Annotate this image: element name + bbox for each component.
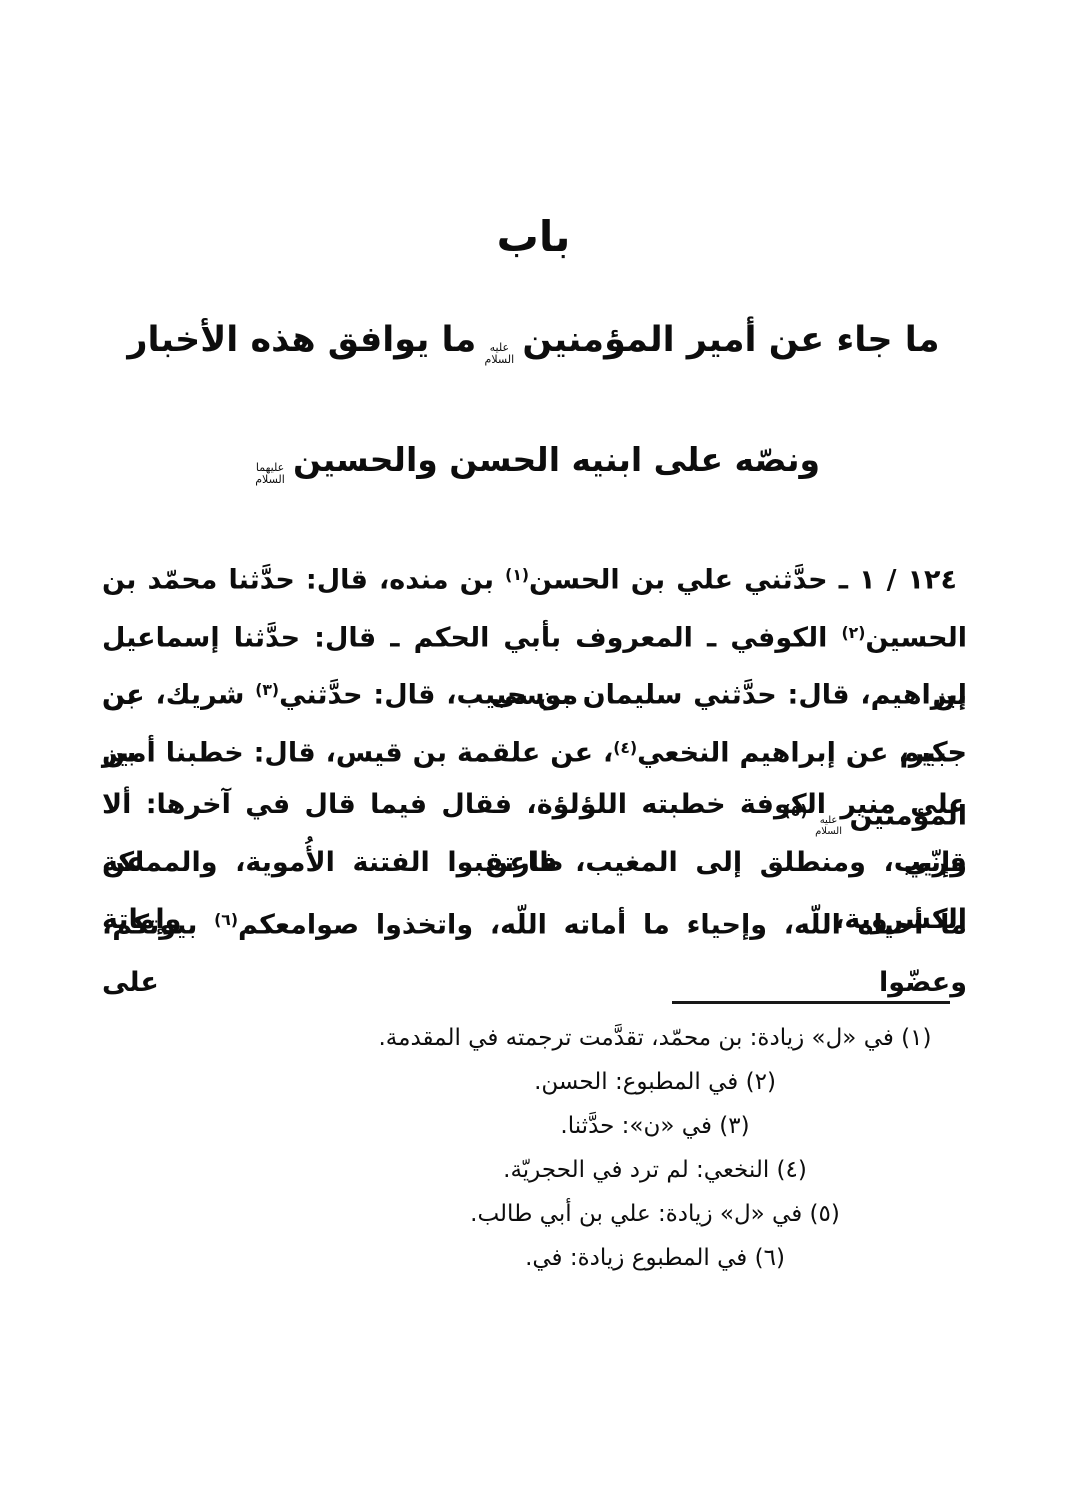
footnote-separator (672, 1001, 950, 1004)
chapter-heading: باب (0, 212, 1067, 261)
footnote-marker: (٣) (255, 680, 279, 699)
chapter-title-text-pre: ما جاء عن أمير المؤمنين (522, 320, 939, 360)
footnote-marker: (٤) (613, 738, 637, 757)
body-line: إبراهيم، قال: حدَّثني سليمان بن حبيب، قا… (102, 661, 967, 719)
body-text-segment: جبير، عن إبراهيم النخعي (637, 737, 967, 768)
chapter-title-text-post: ما يوافق هذه الأخبار (127, 320, 476, 360)
honorific-alayhis-salam-icon: عليه السلام (479, 342, 519, 366)
footnote-item: (٣) في «ن»: حدَّثنا. (355, 1104, 955, 1148)
footnote-item: (٦) في المطبوع زيادة: في. (355, 1236, 955, 1280)
body-line: جبير، عن إبراهيم النخعي(٤)، عن علقمة بن … (102, 719, 967, 777)
body-text-segment: الحسين (865, 622, 967, 653)
body-text: ١٢٤ / ١ ـ حدَّثني علي بن الحسن(١) بن مند… (102, 546, 967, 949)
body-line: قريب، ومنطلق إلى المغيب، فارتقبوا الفتنة… (102, 834, 967, 892)
body-line: ما أحياه اللّه، وإحياء ما أماته اللّه، و… (102, 891, 967, 949)
footnote-marker: (٦) (214, 910, 238, 929)
footnote-marker: (٢) (841, 623, 865, 642)
chapter-subtitle: ونصّه على ابنيه الحسن والحسينعليهما السل… (0, 440, 1067, 486)
chapter-title: ما جاء عن أمير المؤمنينعليه السلامما يوا… (0, 320, 1067, 366)
body-text-segment: ما أحياه اللّه، وإحياء ما أماته اللّه، و… (238, 910, 967, 941)
footnote-item: (٢) في المطبوع: الحسن. (355, 1060, 955, 1104)
footnote-marker: (١) (505, 565, 529, 584)
book-page: باب ما جاء عن أمير المؤمنينعليه السلامما… (0, 0, 1067, 1496)
honorific-alayhima-salam-icon: عليهما السلام (250, 462, 290, 486)
body-line: ١٢٤ / ١ ـ حدَّثني علي بن الحسن(١) بن مند… (102, 546, 967, 604)
chapter-subtitle-text: ونصّه على ابنيه الحسن والحسين (293, 440, 820, 479)
body-text-segment: بن منده، قال: حدَّثنا محمّد بن (102, 565, 505, 596)
footnote-item: (١) في «ل» زيادة: بن محمّد، تقدَّمت ترجم… (355, 1016, 955, 1060)
footnotes-list: (١) في «ل» زيادة: بن محمّد، تقدَّمت ترجم… (355, 1016, 955, 1280)
footnote-item: (٥) في «ل» زيادة: علي بن أبي طالب. (355, 1192, 955, 1236)
footnote-item: (٤) النخعي: لم ترد في الحجريّة. (355, 1148, 955, 1192)
body-line: الحسين(٢) الكوفي ـ المعروف بأبي الحكم ـ … (102, 604, 967, 662)
body-text-segment: ١٢٤ / ١ ـ حدَّثني علي بن الحسن (529, 565, 957, 596)
body-text-segment: إبراهيم، قال: حدَّثني سليمان بن حبيب، قا… (279, 680, 967, 711)
body-line: على منبر الكوفة خطبته اللؤلؤة، فقال فيما… (102, 776, 967, 834)
